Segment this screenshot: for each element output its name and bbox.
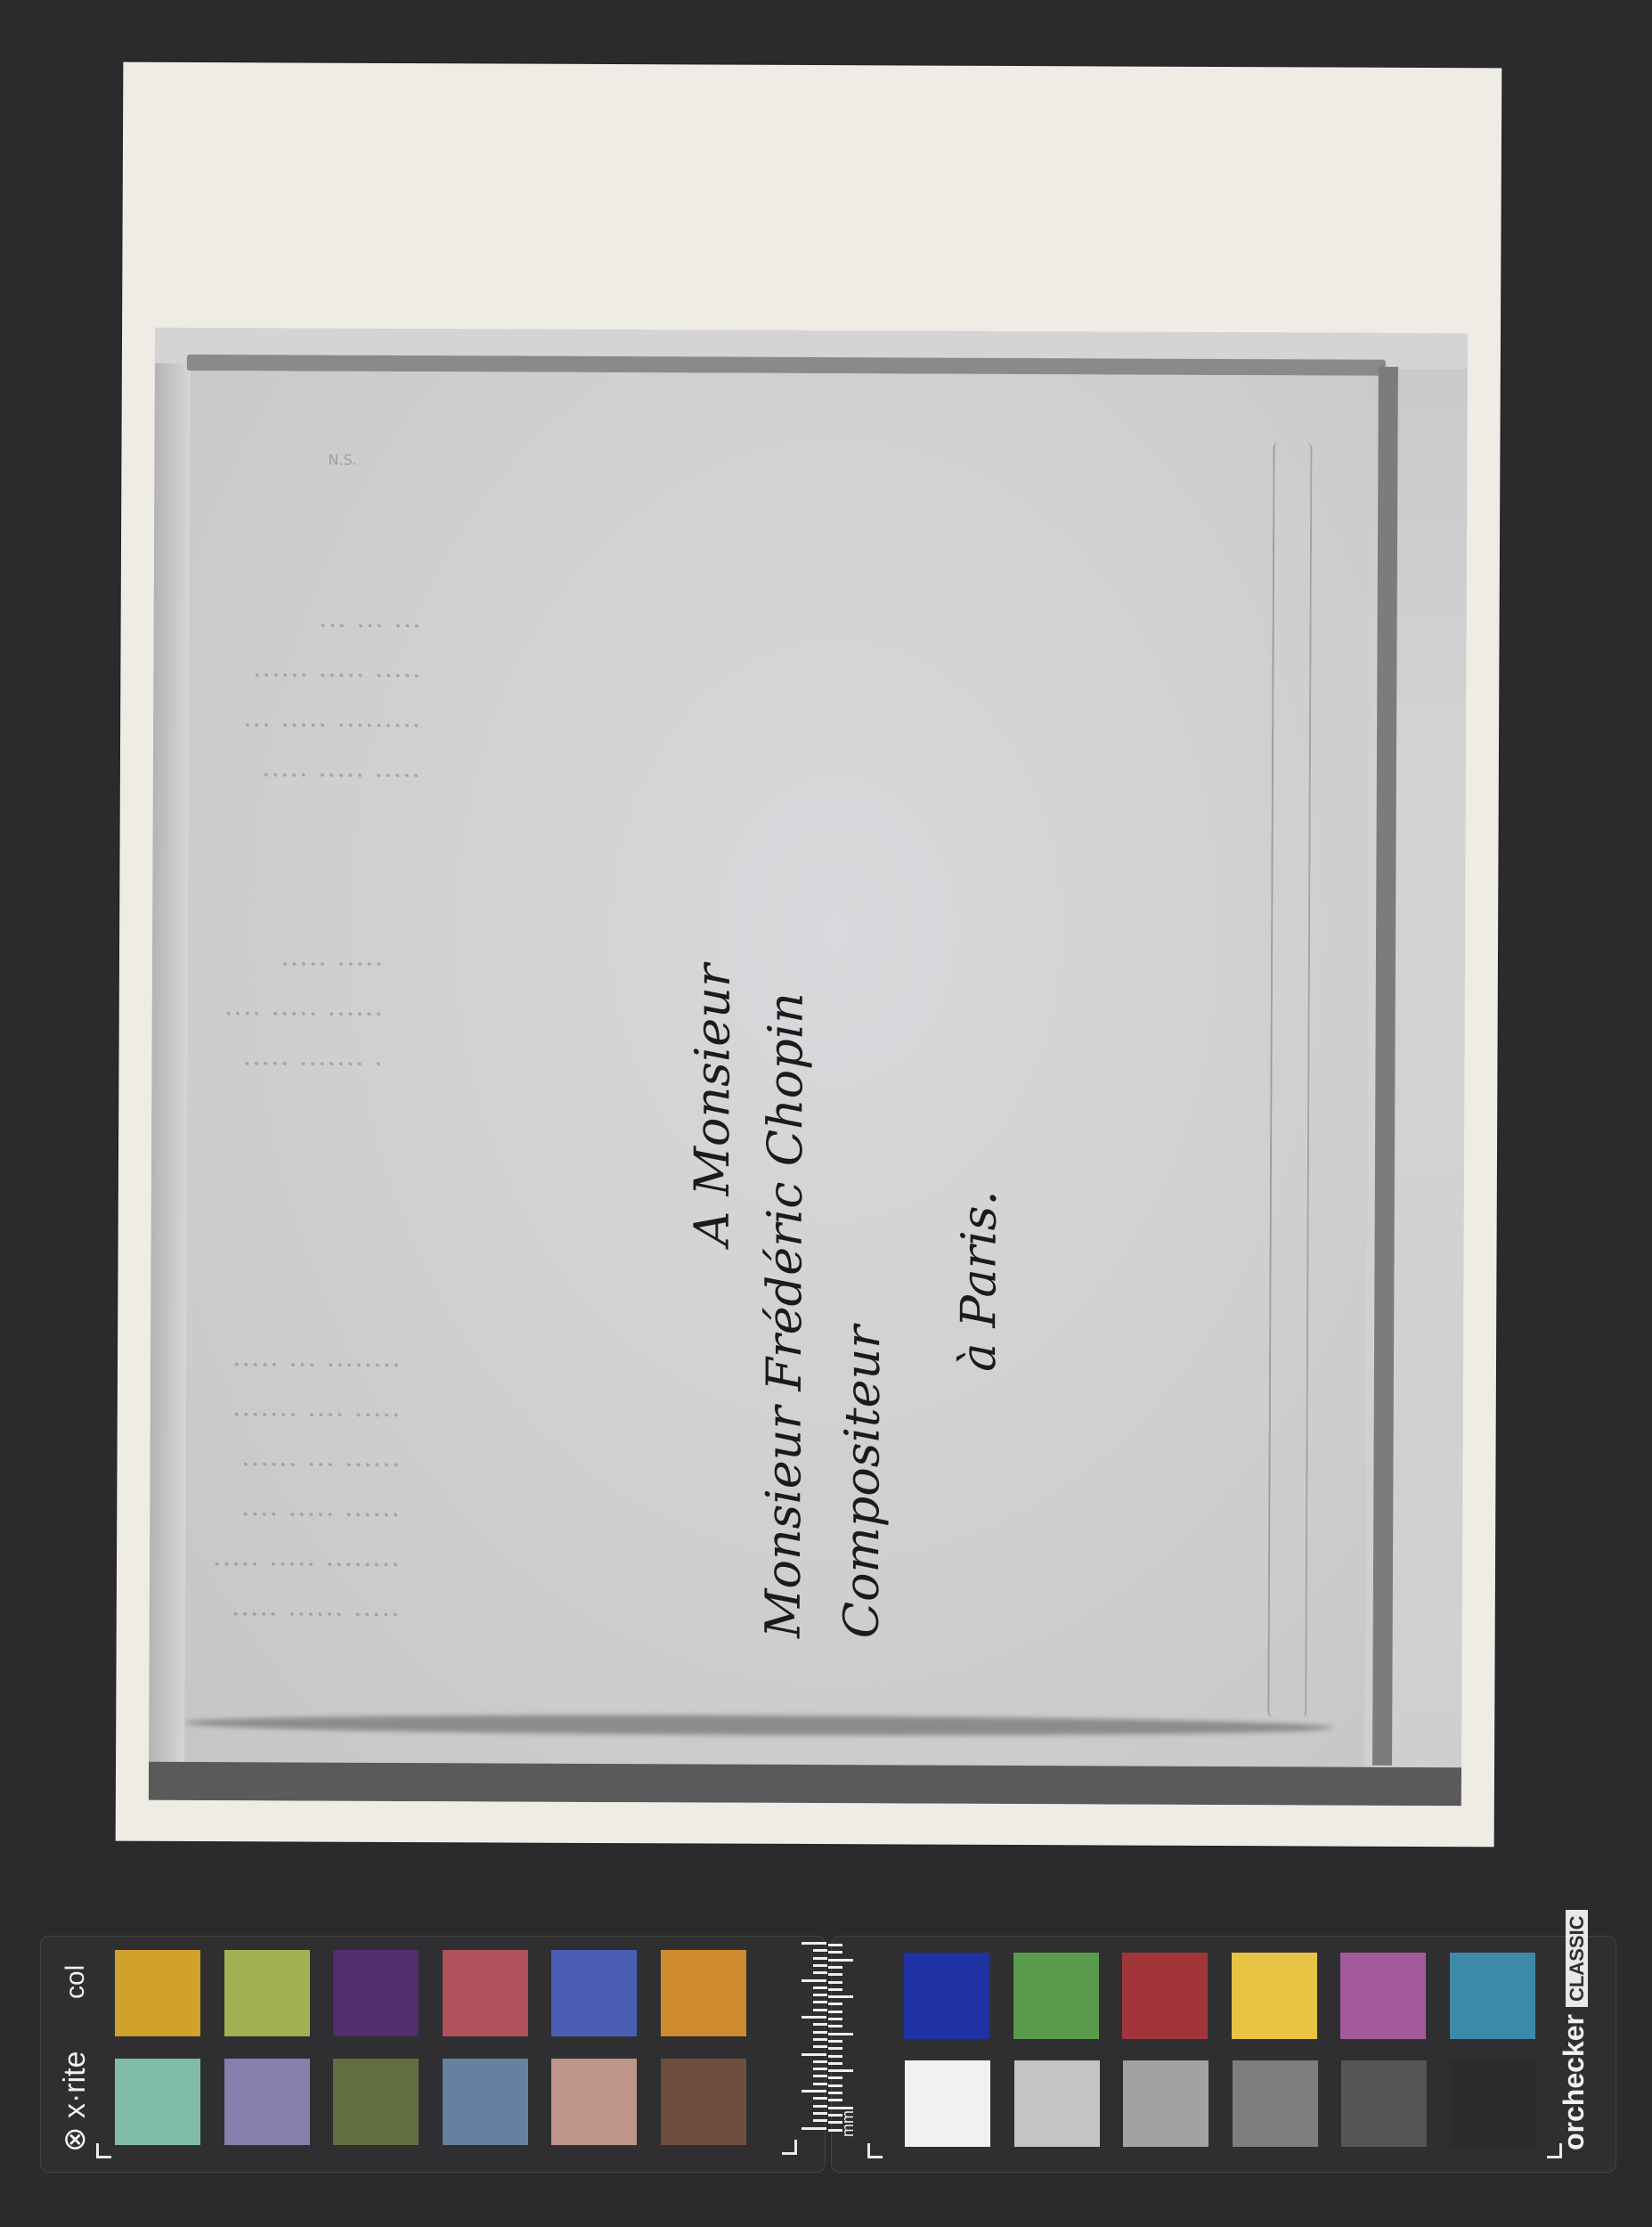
ruler-tick bbox=[813, 2097, 827, 2100]
ruler-tick bbox=[813, 2038, 827, 2041]
ruler-tick bbox=[813, 2068, 827, 2070]
ruler-tick bbox=[828, 2121, 842, 2124]
color-patch bbox=[115, 1950, 200, 2036]
ruler-tick bbox=[828, 2099, 842, 2101]
ruler-tick bbox=[813, 1949, 827, 1952]
ruler-tick bbox=[828, 2011, 842, 2013]
address-line-4: à Paris. bbox=[952, 1190, 1006, 1372]
ruler-tick bbox=[828, 2047, 842, 2050]
color-patch bbox=[1341, 2060, 1427, 2147]
corner-mark bbox=[1547, 2143, 1562, 2158]
ruler-tick bbox=[813, 2112, 827, 2115]
color-patch bbox=[224, 1950, 310, 2036]
ruler-tick bbox=[802, 1942, 826, 1945]
ruler-tick bbox=[813, 2083, 827, 2085]
ruler-tick bbox=[828, 2069, 853, 2072]
color-patch bbox=[1340, 1953, 1426, 2039]
color-patch bbox=[1451, 2060, 1536, 2147]
address-line-3: Compositeur bbox=[835, 1326, 891, 1639]
xrite-icon: ⊗ bbox=[58, 2127, 92, 2153]
ruler-tick bbox=[802, 2053, 826, 2056]
ruler-tick bbox=[813, 2001, 827, 2003]
ruler-tick bbox=[828, 2018, 842, 2020]
color-patch bbox=[905, 2060, 990, 2147]
ruler-tick bbox=[802, 2016, 826, 2019]
color-patch bbox=[551, 2059, 637, 2145]
classic-badge: CLASSIC bbox=[1566, 1910, 1588, 2007]
book-cloth-edge-right bbox=[1372, 367, 1398, 1766]
ruler-tick bbox=[828, 2107, 853, 2109]
page-mark: N.S. bbox=[328, 452, 356, 469]
brand-label-checker: orcheckerCLASSIC bbox=[1558, 1910, 1591, 2150]
ruler-tick bbox=[828, 1973, 842, 1976]
ruler-tick bbox=[828, 2003, 842, 2005]
book-board-left bbox=[149, 363, 191, 1762]
color-patch bbox=[224, 2059, 310, 2145]
ruler-tick bbox=[813, 2075, 827, 2077]
ruler-tick bbox=[813, 1964, 827, 1967]
ruler-tick bbox=[828, 1995, 853, 1998]
photographic-print: N.S. ... ... ... ..... ..... ...... ....… bbox=[116, 62, 1502, 1848]
ruler-tick bbox=[813, 1986, 827, 1989]
ruler-tick bbox=[828, 1981, 842, 1984]
ruler-tick bbox=[828, 2114, 842, 2117]
color-patch bbox=[1123, 2060, 1208, 2147]
ruler-tick bbox=[828, 1959, 853, 1962]
ruler-tick bbox=[813, 1957, 827, 1960]
color-patch bbox=[1232, 1953, 1317, 2039]
ruler-tick bbox=[828, 1951, 842, 1954]
color-patch bbox=[333, 2059, 419, 2145]
ruler-tick bbox=[828, 2092, 842, 2094]
color-patch bbox=[551, 1950, 637, 2036]
letter-page: N.S. ... ... ... ..... ..... ...... ....… bbox=[184, 371, 1371, 1770]
ruler-tick bbox=[828, 2129, 842, 2132]
corner-mark bbox=[96, 2143, 111, 2158]
color-patch bbox=[1014, 2060, 1100, 2147]
address-line-1: A Monsieur bbox=[686, 964, 740, 1246]
ruler-tick bbox=[828, 2062, 842, 2065]
document-photograph: N.S. ... ... ... ..... ..... ...... ....… bbox=[149, 328, 1468, 1806]
ruler-tick bbox=[813, 2009, 827, 2011]
ruler-tick bbox=[828, 2025, 842, 2027]
color-patch bbox=[1233, 2060, 1318, 2147]
book-base bbox=[149, 1762, 1461, 1806]
color-patch bbox=[333, 1950, 419, 2036]
ruler-tick bbox=[828, 2076, 842, 2079]
ruler-tick bbox=[828, 1944, 842, 1946]
ruler-tick bbox=[828, 1966, 842, 1969]
address-line-2: Monsieur Frédéric Chopin bbox=[757, 992, 813, 1638]
ruler-tick bbox=[828, 2040, 842, 2043]
page-fold-strip bbox=[1267, 443, 1312, 1717]
color-patch bbox=[1013, 1953, 1099, 2039]
ruler-tick bbox=[828, 1988, 842, 1991]
ruler-tick bbox=[813, 2031, 827, 2034]
corner-mark bbox=[782, 2140, 797, 2155]
color-patch bbox=[661, 2059, 746, 2145]
ruler-tick bbox=[813, 2105, 827, 2108]
ruler-tick bbox=[802, 1979, 826, 1982]
ruler-tick bbox=[813, 1994, 827, 1996]
brand-label-col: col bbox=[61, 1965, 91, 1999]
ruler-tick bbox=[813, 2023, 827, 2026]
ruler-tick bbox=[828, 2084, 842, 2087]
color-patch bbox=[904, 1953, 989, 2039]
color-patch bbox=[661, 1950, 746, 2036]
color-patch bbox=[443, 2059, 528, 2145]
color-patch bbox=[443, 1950, 528, 2036]
ruler-tick bbox=[813, 1971, 827, 1974]
color-patch bbox=[1450, 1953, 1535, 2039]
ruler-tick bbox=[828, 2033, 853, 2035]
show-through-text-top: ... ... ... ..... ..... ...... .........… bbox=[242, 593, 421, 794]
ruler-tick bbox=[813, 2045, 827, 2048]
color-patch bbox=[115, 2059, 200, 2145]
color-patch bbox=[1122, 1953, 1208, 2039]
ruler-tick bbox=[828, 2055, 842, 2058]
xrite-logo: ⊗ x·rite bbox=[57, 2051, 93, 2152]
ruler-tick bbox=[802, 2127, 826, 2130]
ruler-tick bbox=[813, 2119, 827, 2122]
ruler-tick bbox=[802, 2090, 826, 2092]
show-through-text-bottom: ........ ... ..... ..... .... ....... ..… bbox=[212, 1333, 401, 1633]
ruler-tick bbox=[813, 2060, 827, 2063]
show-through-text-middle: ..... ..... ...... ..... .... . ....... … bbox=[223, 932, 383, 1082]
corner-mark bbox=[867, 2143, 883, 2158]
